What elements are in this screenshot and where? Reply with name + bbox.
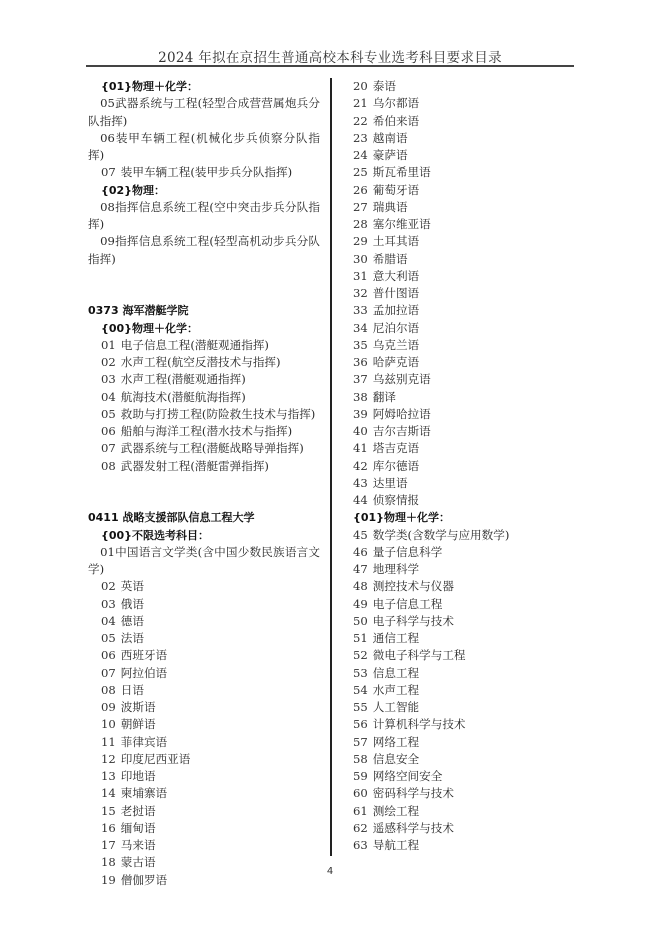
item-number: 60 bbox=[353, 785, 368, 802]
list-item: 31意大利语 bbox=[353, 268, 573, 285]
item-number: 03 bbox=[101, 596, 116, 613]
list-item: 05武器系统与工程(轻型合成营营属炮兵分队指挥) bbox=[88, 95, 320, 130]
item-name: 航海技术(潜艇航海指挥) bbox=[121, 390, 246, 404]
item-name: 装甲车辆工程(装甲步兵分队指挥) bbox=[121, 165, 292, 179]
list-item: 56计算机科学与技术 bbox=[353, 716, 573, 733]
item-number: 09 bbox=[101, 699, 116, 716]
item-number: 06 bbox=[101, 423, 116, 440]
item-number: 35 bbox=[353, 337, 368, 354]
item-name: 船舶与海洋工程(潜水技术与指挥) bbox=[121, 424, 292, 438]
item-name: 侦察情报 bbox=[373, 493, 419, 507]
item-number: 08 bbox=[101, 458, 116, 475]
item-number: 44 bbox=[353, 492, 368, 509]
item-name: 乌克兰语 bbox=[373, 338, 419, 352]
institution-name: 海军潜艇学院 bbox=[122, 304, 188, 317]
item-name: 量子信息科学 bbox=[373, 545, 443, 559]
list-item: 27瑞典语 bbox=[353, 199, 573, 216]
item-number: 62 bbox=[353, 820, 368, 837]
item-number: 07 bbox=[101, 164, 116, 181]
item-name: 库尔德语 bbox=[373, 459, 419, 473]
item-name: 电子信息工程(潜艇观通指挥) bbox=[121, 338, 269, 352]
item-number: 09 bbox=[100, 234, 115, 248]
item-number: 39 bbox=[353, 406, 368, 423]
item-number: 19 bbox=[101, 872, 116, 889]
list-item: 15老挝语 bbox=[88, 803, 320, 820]
item-name: 通信工程 bbox=[373, 631, 419, 645]
item-name: 波斯语 bbox=[121, 700, 156, 714]
item-number: 51 bbox=[353, 630, 368, 647]
list-item: 57网络工程 bbox=[353, 734, 573, 751]
list-item: 61测绘工程 bbox=[353, 803, 573, 820]
item-number: 07 bbox=[101, 440, 116, 457]
item-number: 05 bbox=[101, 630, 116, 647]
item-number: 08 bbox=[100, 200, 115, 214]
item-number: 24 bbox=[353, 147, 368, 164]
item-name: 僧伽罗语 bbox=[121, 873, 167, 887]
group-heading: {01}物理＋化学： bbox=[353, 509, 573, 526]
list-item: 02水声工程(航空反潜技术与指挥) bbox=[88, 354, 320, 371]
list-item: 29土耳其语 bbox=[353, 233, 573, 250]
item-name: 俄语 bbox=[121, 597, 144, 611]
item-number: 58 bbox=[353, 751, 368, 768]
group-heading: {00}物理＋化学： bbox=[88, 320, 320, 337]
item-name: 中国语言文学类(含中国少数民族语言文学) bbox=[88, 545, 320, 576]
group-heading: {00}不限选考科目： bbox=[88, 527, 320, 544]
item-number: 07 bbox=[101, 665, 116, 682]
item-number: 02 bbox=[101, 578, 116, 595]
list-item: 06船舶与海洋工程(潜水技术与指挥) bbox=[88, 423, 320, 440]
list-item: 53信息工程 bbox=[353, 665, 573, 682]
list-item: 04德语 bbox=[88, 613, 320, 630]
item-number: 26 bbox=[353, 182, 368, 199]
page-number: 4 bbox=[320, 866, 340, 877]
item-name: 阿姆哈拉语 bbox=[373, 407, 431, 421]
item-name: 柬埔寨语 bbox=[121, 786, 167, 800]
list-item: 08武器发射工程(潜艇雷弹指挥) bbox=[88, 458, 320, 475]
item-name: 老挝语 bbox=[121, 804, 156, 818]
item-number: 01 bbox=[100, 545, 115, 559]
list-item: 49电子信息工程 bbox=[353, 596, 573, 613]
list-item: 33孟加拉语 bbox=[353, 302, 573, 319]
item-name: 菲律宾语 bbox=[121, 735, 167, 749]
list-item: 60密码科学与技术 bbox=[353, 785, 573, 802]
list-item: 07武器系统与工程(潜艇战略导弹指挥) bbox=[88, 440, 320, 457]
list-item: 11菲律宾语 bbox=[88, 734, 320, 751]
item-number: 05 bbox=[100, 96, 115, 110]
item-name: 土耳其语 bbox=[373, 234, 419, 248]
item-number: 33 bbox=[353, 302, 368, 319]
list-item: 59网络空间安全 bbox=[353, 768, 573, 785]
spacer bbox=[88, 268, 320, 285]
item-number: 30 bbox=[353, 251, 368, 268]
institution-heading: 0373 海军潜艇学院 bbox=[88, 302, 320, 319]
item-name: 密码科学与技术 bbox=[373, 786, 454, 800]
item-number: 05 bbox=[101, 406, 116, 423]
item-number: 46 bbox=[353, 544, 368, 561]
item-name: 指挥信息系统工程(空中突击步兵分队指挥) bbox=[88, 200, 320, 231]
item-number: 52 bbox=[353, 647, 368, 664]
list-item: 45数学类(含数学与应用数学) bbox=[353, 527, 573, 544]
item-number: 43 bbox=[353, 475, 368, 492]
item-name: 信息工程 bbox=[373, 666, 419, 680]
item-name: 缅甸语 bbox=[121, 821, 156, 835]
item-name: 网络工程 bbox=[373, 735, 419, 749]
item-number: 37 bbox=[353, 371, 368, 388]
item-name: 印地语 bbox=[121, 769, 156, 783]
item-name: 泰语 bbox=[373, 79, 396, 93]
list-item: 34尼泊尔语 bbox=[353, 320, 573, 337]
item-name: 地理科学 bbox=[373, 562, 419, 576]
item-number: 22 bbox=[353, 113, 368, 130]
item-number: 16 bbox=[101, 820, 116, 837]
item-number: 54 bbox=[353, 682, 368, 699]
item-name: 希腊语 bbox=[373, 252, 408, 266]
item-name: 朝鲜语 bbox=[121, 717, 156, 731]
item-name: 达里语 bbox=[373, 476, 408, 490]
item-name: 越南语 bbox=[373, 131, 408, 145]
item-number: 17 bbox=[101, 837, 116, 854]
item-number: 21 bbox=[353, 95, 368, 112]
list-item: 01电子信息工程(潜艇观通指挥) bbox=[88, 337, 320, 354]
item-number: 63 bbox=[353, 837, 368, 854]
item-name: 英语 bbox=[121, 579, 144, 593]
item-number: 32 bbox=[353, 285, 368, 302]
item-name: 德语 bbox=[121, 614, 144, 628]
item-name: 人工智能 bbox=[373, 700, 419, 714]
list-item: 18蒙古语 bbox=[88, 854, 320, 871]
item-name: 武器系统与工程(潜艇战略导弹指挥) bbox=[121, 441, 304, 455]
item-name: 武器发射工程(潜艇雷弹指挥) bbox=[121, 459, 269, 473]
item-number: 04 bbox=[101, 613, 116, 630]
list-item: 52微电子科学与工程 bbox=[353, 647, 573, 664]
list-item: 37乌兹别克语 bbox=[353, 371, 573, 388]
item-name: 尼泊尔语 bbox=[373, 321, 419, 335]
item-name: 乌兹别克语 bbox=[373, 372, 431, 386]
item-name: 意大利语 bbox=[373, 269, 419, 283]
list-item: 09指挥信息系统工程(轻型高机动步兵分队指挥) bbox=[88, 233, 320, 268]
item-number: 02 bbox=[101, 354, 116, 371]
item-number: 61 bbox=[353, 803, 368, 820]
item-number: 20 bbox=[353, 78, 368, 95]
item-name: 印度尼西亚语 bbox=[121, 752, 191, 766]
item-name: 阿拉伯语 bbox=[121, 666, 167, 680]
item-number: 38 bbox=[353, 389, 368, 406]
institution-code: 0373 bbox=[88, 304, 119, 317]
list-item: 41塔吉克语 bbox=[353, 440, 573, 457]
item-number: 45 bbox=[353, 527, 368, 544]
list-item: 03水声工程(潜艇观通指挥) bbox=[88, 371, 320, 388]
item-number: 13 bbox=[101, 768, 116, 785]
item-number: 10 bbox=[101, 716, 116, 733]
item-name: 普什图语 bbox=[373, 286, 419, 300]
item-name: 塞尔维亚语 bbox=[373, 217, 431, 231]
item-name: 计算机科学与技术 bbox=[373, 717, 466, 731]
item-number: 01 bbox=[101, 337, 116, 354]
list-item: 30希腊语 bbox=[353, 251, 573, 268]
item-number: 04 bbox=[101, 389, 116, 406]
item-number: 27 bbox=[353, 199, 368, 216]
list-item: 10朝鲜语 bbox=[88, 716, 320, 733]
list-item: 12印度尼西亚语 bbox=[88, 751, 320, 768]
item-name: 电子信息工程 bbox=[373, 597, 443, 611]
item-name: 斯瓦希里语 bbox=[373, 165, 431, 179]
list-item: 40吉尔吉斯语 bbox=[353, 423, 573, 440]
page-title: 2024 年拟在京招生普通高校本科专业选考科目要求目录 bbox=[86, 46, 574, 66]
list-item: 46量子信息科学 bbox=[353, 544, 573, 561]
item-number: 40 bbox=[353, 423, 368, 440]
spacer bbox=[88, 492, 320, 509]
group-heading: {02}物理： bbox=[88, 182, 320, 199]
item-name: 哈萨克语 bbox=[373, 355, 419, 369]
item-name: 数学类(含数学与应用数学) bbox=[373, 528, 510, 542]
list-item: 48测控技术与仪器 bbox=[353, 578, 573, 595]
list-item: 36哈萨克语 bbox=[353, 354, 573, 371]
item-number: 56 bbox=[353, 716, 368, 733]
item-name: 武器系统与工程(轻型合成营营属炮兵分队指挥) bbox=[88, 96, 320, 127]
list-item: 23越南语 bbox=[353, 130, 573, 147]
item-number: 08 bbox=[101, 682, 116, 699]
list-item: 54水声工程 bbox=[353, 682, 573, 699]
item-number: 48 bbox=[353, 578, 368, 595]
item-number: 12 bbox=[101, 751, 116, 768]
item-number: 14 bbox=[101, 785, 116, 802]
item-number: 57 bbox=[353, 734, 368, 751]
item-name: 翻译 bbox=[373, 390, 396, 404]
list-item: 38翻译 bbox=[353, 389, 573, 406]
list-item: 09波斯语 bbox=[88, 699, 320, 716]
list-item: 06西班牙语 bbox=[88, 647, 320, 664]
item-name: 水声工程(潜艇观通指挥) bbox=[121, 372, 246, 386]
item-name: 豪萨语 bbox=[373, 148, 408, 162]
item-number: 06 bbox=[100, 131, 115, 145]
item-number: 15 bbox=[101, 803, 116, 820]
item-name: 孟加拉语 bbox=[373, 303, 419, 317]
item-number: 55 bbox=[353, 699, 368, 716]
item-name: 测绘工程 bbox=[373, 804, 419, 818]
item-number: 28 bbox=[353, 216, 368, 233]
spacer bbox=[88, 475, 320, 492]
item-name: 蒙古语 bbox=[121, 855, 156, 869]
item-name: 网络空间安全 bbox=[373, 769, 443, 783]
institution-code: 0411 bbox=[88, 511, 119, 524]
item-name: 信息安全 bbox=[373, 752, 419, 766]
item-number: 50 bbox=[353, 613, 368, 630]
item-number: 25 bbox=[353, 164, 368, 181]
header-rule bbox=[86, 65, 574, 67]
list-item: 06装甲车辆工程(机械化步兵侦察分队指挥) bbox=[88, 130, 320, 165]
list-item: 19僧伽罗语 bbox=[88, 872, 320, 889]
list-item: 08日语 bbox=[88, 682, 320, 699]
item-name: 马来语 bbox=[121, 838, 156, 852]
list-item: 21乌尔都语 bbox=[353, 95, 573, 112]
item-name: 指挥信息系统工程(轻型高机动步兵分队指挥) bbox=[88, 234, 320, 265]
list-item: 43达里语 bbox=[353, 475, 573, 492]
list-item: 63导航工程 bbox=[353, 837, 573, 854]
item-name: 导航工程 bbox=[373, 838, 419, 852]
list-item: 55人工智能 bbox=[353, 699, 573, 716]
list-item: 26葡萄牙语 bbox=[353, 182, 573, 199]
list-item: 07装甲车辆工程(装甲步兵分队指挥) bbox=[88, 164, 320, 181]
item-name: 乌尔都语 bbox=[373, 96, 419, 110]
list-item: 44侦察情报 bbox=[353, 492, 573, 509]
list-item: 62遥感科学与技术 bbox=[353, 820, 573, 837]
list-item: 58信息安全 bbox=[353, 751, 573, 768]
institution-heading: 0411 战略支援部队信息工程大学 bbox=[88, 509, 320, 526]
list-item: 02英语 bbox=[88, 578, 320, 595]
spacer bbox=[88, 285, 320, 302]
list-item: 14柬埔寨语 bbox=[88, 785, 320, 802]
item-name: 西班牙语 bbox=[121, 648, 167, 662]
list-item: 32普什图语 bbox=[353, 285, 573, 302]
item-number: 49 bbox=[353, 596, 368, 613]
item-name: 微电子科学与工程 bbox=[373, 648, 466, 662]
item-number: 34 bbox=[353, 320, 368, 337]
item-name: 测控技术与仪器 bbox=[373, 579, 454, 593]
item-name: 遥感科学与技术 bbox=[373, 821, 454, 835]
item-name: 水声工程 bbox=[373, 683, 419, 697]
list-item: 05法语 bbox=[88, 630, 320, 647]
item-name: 救助与打捞工程(防险救生技术与指挥) bbox=[121, 407, 316, 421]
item-number: 59 bbox=[353, 768, 368, 785]
item-number: 41 bbox=[353, 440, 368, 457]
item-name: 水声工程(航空反潜技术与指挥) bbox=[121, 355, 281, 369]
list-item: 50电子科学与技术 bbox=[353, 613, 573, 630]
list-item: 03俄语 bbox=[88, 596, 320, 613]
list-item: 35乌克兰语 bbox=[353, 337, 573, 354]
item-name: 法语 bbox=[121, 631, 144, 645]
list-item: 28塞尔维亚语 bbox=[353, 216, 573, 233]
list-item: 51通信工程 bbox=[353, 630, 573, 647]
list-item: 25斯瓦希里语 bbox=[353, 164, 573, 181]
item-number: 06 bbox=[101, 647, 116, 664]
list-item: 16缅甸语 bbox=[88, 820, 320, 837]
item-name: 电子科学与技术 bbox=[373, 614, 454, 628]
list-item: 20泰语 bbox=[353, 78, 573, 95]
list-item: 24豪萨语 bbox=[353, 147, 573, 164]
list-item: 17马来语 bbox=[88, 837, 320, 854]
item-name: 装甲车辆工程(机械化步兵侦察分队指挥) bbox=[88, 131, 320, 162]
list-item: 04航海技术(潜艇航海指挥) bbox=[88, 389, 320, 406]
column-divider bbox=[330, 78, 332, 856]
list-item: 08指挥信息系统工程(空中突击步兵分队指挥) bbox=[88, 199, 320, 234]
item-number: 42 bbox=[353, 458, 368, 475]
item-number: 23 bbox=[353, 130, 368, 147]
list-item: 39阿姆哈拉语 bbox=[353, 406, 573, 423]
list-item: 13印地语 bbox=[88, 768, 320, 785]
item-name: 日语 bbox=[121, 683, 144, 697]
item-number: 47 bbox=[353, 561, 368, 578]
item-name: 希伯来语 bbox=[373, 114, 419, 128]
list-item: 47地理科学 bbox=[353, 561, 573, 578]
item-number: 36 bbox=[353, 354, 368, 371]
list-item: 01中国语言文学类(含中国少数民族语言文学) bbox=[88, 544, 320, 579]
left-column: {01}物理＋化学： 05武器系统与工程(轻型合成营营属炮兵分队指挥) 06装甲… bbox=[88, 78, 320, 889]
item-number: 53 bbox=[353, 665, 368, 682]
list-item: 05救助与打捞工程(防险救生技术与指挥) bbox=[88, 406, 320, 423]
item-number: 11 bbox=[101, 734, 116, 751]
right-column: 20泰语 21乌尔都语 22希伯来语 23越南语 24豪萨语 25斯瓦希里语 2… bbox=[353, 78, 573, 854]
list-item: 42库尔德语 bbox=[353, 458, 573, 475]
institution-name: 战略支援部队信息工程大学 bbox=[122, 511, 254, 524]
item-name: 葡萄牙语 bbox=[373, 183, 419, 197]
list-item: 22希伯来语 bbox=[353, 113, 573, 130]
item-number: 29 bbox=[353, 233, 368, 250]
item-name: 瑞典语 bbox=[373, 200, 408, 214]
item-name: 吉尔吉斯语 bbox=[373, 424, 431, 438]
group-heading: {01}物理＋化学： bbox=[88, 78, 320, 95]
item-name: 塔吉克语 bbox=[373, 441, 419, 455]
item-number: 03 bbox=[101, 371, 116, 388]
list-item: 07阿拉伯语 bbox=[88, 665, 320, 682]
item-number: 31 bbox=[353, 268, 368, 285]
item-number: 18 bbox=[101, 854, 116, 871]
